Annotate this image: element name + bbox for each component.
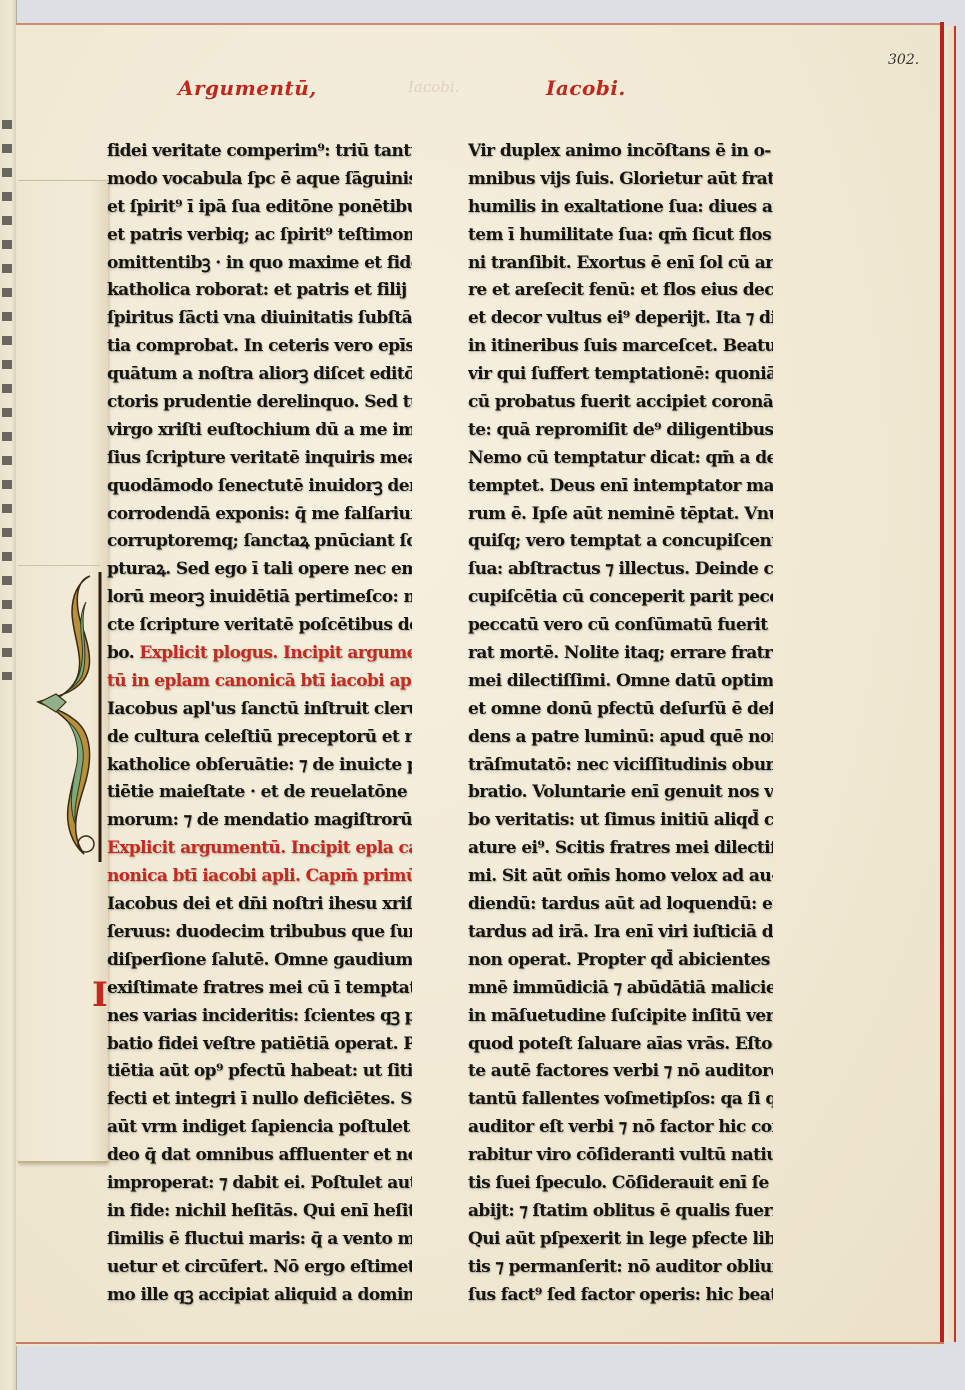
- text-line: morum: ⁊ de mendatio magiſtrorū.: [107, 807, 412, 835]
- body-text: Iacobus apl'us ſanctū inſtruit clerum: [107, 699, 412, 719]
- text-line: pturaꝝ. Sed ego ī tali opere nec emu-: [107, 556, 412, 584]
- text-line: mo ille qꝫ accipiat aliquid a domino.: [107, 1282, 412, 1310]
- text-line: exiſtimate fratres mei cū ī temptatio-: [107, 975, 412, 1003]
- body-text: dens a patre luminū: apud quē non ē: [468, 727, 773, 747]
- body-text: in fide: nichil heſitās. Qui enī heſitat: [107, 1201, 412, 1221]
- body-text: aūt vrm indiget ſapiencia poſtulet a: [107, 1117, 412, 1137]
- text-line: Qui aūt pſpexerit in lege pfecte liberta…: [468, 1226, 773, 1254]
- body-text: tantū fallentes voſmetipſos: qa ſi quiſ: [468, 1089, 773, 1109]
- body-text: katholica roborat: et patris et filij et: [107, 280, 412, 300]
- rubric-text: nonica btī iacobi apli. Capm̄ primū.: [107, 866, 412, 886]
- body-text: non operat. Propter qd̄ abicientes o-: [468, 950, 773, 970]
- body-text: cte ſcripture veritatē poſcētibus denega…: [107, 615, 412, 635]
- body-text: et patris verbiq; ac ſpirit⁹ teſtimoniū: [107, 225, 412, 245]
- body-text: mnē immūdiciā ⁊ abūdātiā malicie.: [468, 978, 773, 998]
- text-line: tem ī humilitate ſua: qm̄ ſicut flos fe-: [468, 222, 773, 250]
- text-line: katholica roborat: et patris et filij et: [107, 277, 412, 305]
- text-line: diſperſione ſalutē. Omne gaudium: [107, 947, 412, 975]
- text-line: uetur et circūfert. Nō ergo eſtimet ho-: [107, 1254, 412, 1282]
- body-text: tardus ad irā. Ira enī viri iuſticiā dei: [468, 922, 773, 942]
- body-text: et ſpirit⁹ ī ipā ſua editōne ponētibus:: [107, 197, 412, 217]
- running-head-ghost: Iacobi.: [408, 78, 459, 96]
- page-number: 302.: [888, 52, 919, 68]
- text-line: ni tranſibit. Exortus ē enī ſol cū ardo-: [468, 250, 773, 278]
- body-text: de cultura celeſtiū preceptorū et regula: [107, 727, 412, 747]
- rubric-text: tū in eplam canonicā btī iacobi apli.: [107, 671, 412, 691]
- body-text: peccatū vero cū conſūmatū fuerit gene-: [468, 615, 773, 635]
- text-line: tantū fallentes voſmetipſos: qa ſi quiſ: [468, 1086, 773, 1114]
- text-line: temptet. Deus enī intemptator malo-: [468, 473, 773, 501]
- body-text: virgo xriſti euſtochium dū a me impē-: [107, 420, 412, 440]
- body-text: humilis in exaltatione ſua: diues au-: [468, 197, 773, 217]
- text-line: deo q̄ dat omnibus affluenter et non: [107, 1142, 412, 1170]
- previous-page-edge: [0, 0, 17, 1390]
- text-line: in fide: nichil heſitās. Qui enī heſitat: [107, 1198, 412, 1226]
- drop-initial-red: I: [92, 975, 108, 1015]
- text-line: nes varias incideritis: ſcientes qꝫ pro-: [107, 1003, 412, 1031]
- text-line: Iacobus dei et dn̄i noſtri ihesu xriſti: [107, 891, 412, 919]
- body-text: cū probatus fuerit accipiet coronā vi-: [468, 392, 773, 412]
- text-line: ſeruus: duodecim tribubus que ſunt ī: [107, 919, 412, 947]
- text-line: Iacobus apl'us ſanctū inſtruit clerum: [107, 696, 412, 724]
- body-text: te: quā repromiſit de⁹ diligentibus ſe.: [468, 420, 773, 440]
- text-line: in māſuetudine ſuſcipite inſitū verbū:: [468, 1003, 773, 1031]
- body-text: re et areſecit fenū: et flos eius decidi…: [468, 280, 773, 300]
- body-text: ſpiritus ſācti vna diuinitatis ſubſtā-: [107, 308, 412, 328]
- text-line: de cultura celeſtiū preceptorū et regula: [107, 724, 412, 752]
- text-line: peccatū vero cū conſūmatū fuerit gene-: [468, 612, 773, 640]
- body-text: Iacobus dei et dn̄i noſtri ihesu xriſti: [107, 894, 412, 914]
- text-line: corruptoremq; ſanctaꝝ pnūciant ſcri-: [107, 528, 412, 556]
- body-text: tem ī humilitate ſua: qm̄ ſicut flos fe-: [468, 225, 773, 245]
- body-text: Qui aūt pſpexerit in lege pfecte liberta…: [468, 1229, 773, 1249]
- text-line: tia comprobat. In ceteris vero epīs: [107, 333, 412, 361]
- text-line: auditor eſt verbi ⁊ nō factor hic compa-: [468, 1114, 773, 1142]
- body-text: tiētie maieſtate · et de reuelatōne plur…: [107, 782, 412, 802]
- page-edge-outer: [944, 26, 956, 1342]
- text-line: et decor vultus ei⁹ deperijt. Ita ⁊ diue…: [468, 305, 773, 333]
- text-line: ſua: abſtractus ⁊ illectus. Deinde con-: [468, 556, 773, 584]
- text-line: abijt: ⁊ ſtatim oblitus ē qualis fuerit.: [468, 1198, 773, 1226]
- text-line: fidei veritate comperim⁹: triū tantum-: [107, 138, 412, 166]
- body-text: diſperſione ſalutē. Omne gaudium: [107, 950, 412, 970]
- text-line: quātum a noſtra aliorꝫ diſcet editō: le-: [107, 361, 412, 389]
- text-line: vir qui ſuffert temptationē: quoniā: [468, 361, 773, 389]
- body-text: quodāmodo ſenectutē inuidorꝫ dentibꝫ: [107, 476, 412, 496]
- body-text: corrodendā exponis: q̄ me falſarium: [107, 504, 412, 524]
- text-line: cupiſcētia cū conceperit parit peccatū:: [468, 584, 773, 612]
- body-text: tiētia aūt op⁹ pfectū habeat: ut ſitis p…: [107, 1061, 412, 1081]
- body-text: improperat: ⁊ dabit ei. Poſtulet autē: [107, 1173, 412, 1193]
- body-text: mnibus vijs ſuis. Glorietur aūt frater: [468, 169, 773, 189]
- body-text: fecti et integri ī nullo deficiētes. Si …: [107, 1089, 412, 1109]
- body-text: Vir duplex animo incōſtans ē in o-: [468, 141, 771, 161]
- body-text: mei dilectiſſimi. Omne datū optimū: [468, 671, 773, 691]
- body-text: te autē factores verbi ⁊ nō auditores: [468, 1061, 773, 1081]
- text-line: ſimilis ē fluctui maris: q̄ a vento mo-: [107, 1226, 412, 1254]
- body-text: uetur et circūfert. Nō ergo eſtimet ho-: [107, 1257, 412, 1277]
- body-text: morum: ⁊ de mendatio magiſtrorū.: [107, 810, 412, 830]
- text-line: mi. Sit aūt om̄is homo velox ad au-: [468, 863, 773, 891]
- text-line: et omne donū pfectū deſurſū ē deſcen-: [468, 696, 773, 724]
- body-text: temptet. Deus enī intemptator malo-: [468, 476, 773, 496]
- text-line: ature ei⁹. Scitis fratres mei dilectiſſi…: [468, 835, 773, 863]
- body-text: pturaꝝ. Sed ego ī tali opere nec emu-: [107, 559, 412, 579]
- body-text: deo q̄ dat omnibus affluenter et non: [107, 1145, 412, 1165]
- body-text: mi. Sit aūt om̄is homo velox ad au-: [468, 866, 773, 886]
- body-text: in itineribus ſuis marceſcet. Beatus: [468, 336, 773, 356]
- body-text: tis ⁊ permanſerit: nō auditor obliuio-: [468, 1257, 773, 1277]
- text-line: quodāmodo ſenectutē inuidorꝫ dentibꝫ: [107, 473, 412, 501]
- text-line: te: quā repromiſit de⁹ diligentibus ſe.: [468, 417, 773, 445]
- text-line: tū in eplam canonicā btī iacobi apli.: [107, 668, 412, 696]
- body-text: lorū meorꝫ inuidētiā pertimeſco: nec ſan…: [107, 587, 412, 607]
- body-text: corruptoremq; ſanctaꝝ pnūciant ſcri-: [107, 531, 412, 551]
- body-text: rabitur viro cōſideranti vultū natiuita-: [468, 1145, 773, 1165]
- body-text: ature ei⁹. Scitis fratres mei dilectiſſi…: [468, 838, 773, 858]
- text-line: tis ſuei ſpeculo. Cōſiderauit enī ſe et: [468, 1170, 773, 1198]
- text-line: trāſmutatō: nec viciſſitudinis obum-: [468, 752, 773, 780]
- body-text: nes varias incideritis: ſcientes qꝫ pro-: [107, 1006, 412, 1026]
- text-line: fecti et integri ī nullo deficiētes. Si …: [107, 1086, 412, 1114]
- body-text: ſua: abſtractus ⁊ illectus. Deinde con-: [468, 559, 773, 579]
- page-edge-bottom: [16, 1342, 944, 1344]
- text-line: cū probatus fuerit accipiet coronā vi-: [468, 389, 773, 417]
- text-line: ſpiritus ſācti vna diuinitatis ſubſtā-: [107, 305, 412, 333]
- text-line: tardus ad irā. Ira enī viri iuſticiā dei: [468, 919, 773, 947]
- running-head-left: Argumentū,: [178, 76, 317, 100]
- running-head-right: Iacobi.: [546, 76, 626, 100]
- previous-page-text-fragment: [2, 120, 12, 680]
- body-text: in māſuetudine ſuſcipite inſitū verbū:: [468, 1006, 773, 1026]
- text-line: quiſq; vero temptat a concupiſcentia: [468, 528, 773, 556]
- body-text: batio fidei veſtre patiētiā operat. Pa-: [107, 1034, 412, 1054]
- text-line: mnibus vijs ſuis. Glorietur aūt frater: [468, 166, 773, 194]
- text-line: et patris verbiq; ac ſpirit⁹ teſtimoniū: [107, 222, 412, 250]
- body-text: auditor eſt verbi ⁊ nō factor hic compa-: [468, 1117, 773, 1137]
- text-line: Explicit argumentū. Incipit epla ca: [107, 835, 412, 863]
- text-line: rabitur viro cōſideranti vultū natiuita-: [468, 1142, 773, 1170]
- body-text: ſus fact⁹ ſed factor operis: hic beatus: [468, 1285, 773, 1305]
- body-text: bratio. Voluntarie enī genuit nos ver-: [468, 782, 773, 802]
- text-line: lorū meorꝫ inuidētiā pertimeſco: nec ſan…: [107, 584, 412, 612]
- text-line: katholice obſeruātie: ⁊ de inuicte pa-: [107, 752, 412, 780]
- body-text: bo veritatis: ut ſimus initiū aliqd̄ cre…: [468, 810, 773, 830]
- body-text: tia comprobat. In ceteris vero epīs: [107, 336, 412, 356]
- text-line: tiētia aūt op⁹ pfectū habeat: ut ſitis p…: [107, 1058, 412, 1086]
- text-line: modo vocabula ſpc ē aque ſāguinis: [107, 166, 412, 194]
- text-line: dens a patre luminū: apud quē non ē: [468, 724, 773, 752]
- body-text: abijt: ⁊ ſtatim oblitus ē qualis fuerit.: [468, 1201, 773, 1221]
- text-line: non operat. Propter qd̄ abicientes o-: [468, 947, 773, 975]
- text-line: rum ē. Ipſe aūt neminē tēptat. Vnuſ-: [468, 501, 773, 529]
- body-text: ſius ſcripture veritatē inquiris meam: [107, 448, 412, 468]
- rubric-text: Explicit argumentū. Incipit epla ca: [107, 838, 412, 858]
- body-text: vir qui ſuffert temptationē: quoniā: [468, 364, 773, 384]
- body-text: katholice obſeruātie: ⁊ de inuicte pa-: [107, 755, 412, 775]
- text-line: bo veritatis: ut ſimus initiū aliqd̄ cre…: [468, 807, 773, 835]
- body-text: Nemo cū temptatur dicat: qm̄ a deo: [468, 448, 773, 468]
- body-text: cupiſcētia cū conceperit parit peccatū:: [468, 587, 773, 607]
- text-line: et ſpirit⁹ ī ipā ſua editōne ponētibus:: [107, 194, 412, 222]
- text-line: tis ⁊ permanſerit: nō auditor obliuio-: [468, 1254, 773, 1282]
- body-text: diendū: tardus aūt ad loquendū: et: [468, 894, 773, 914]
- body-text: exiſtimate fratres mei cū ī temptatio-: [107, 978, 412, 998]
- text-line: quod poteſt ſaluare aīas vrās. Eſto-: [468, 1031, 773, 1059]
- rubric-text: Explicit plogus. Incipit argumen: [134, 643, 412, 663]
- body-text: ſeruus: duodecim tribubus que ſunt ī: [107, 922, 412, 942]
- text-line: re et areſecit fenū: et flos eius decidi…: [468, 277, 773, 305]
- text-line: ſus fact⁹ ſed factor operis: hic beatus: [468, 1282, 773, 1310]
- text-line: tiētie maieſtate · et de reuelatōne plur…: [107, 779, 412, 807]
- text-line: ctoris prudentie derelinquo. Sed tu: [107, 389, 412, 417]
- text-line: cte ſcripture veritatē poſcētibus denega…: [107, 612, 412, 640]
- text-line: batio fidei veſtre patiētiā operat. Pa-: [107, 1031, 412, 1059]
- text-line: bo. Explicit plogus. Incipit argumen: [107, 640, 412, 668]
- body-text: ctoris prudentie derelinquo. Sed tu: [107, 392, 412, 412]
- text-line: mnē immūdiciā ⁊ abūdātiā malicie.: [468, 975, 773, 1003]
- left-text-column: fidei veritate comperim⁹: triū tantum-mo…: [107, 138, 412, 1309]
- body-text: trāſmutatō: nec viciſſitudinis obum-: [468, 755, 773, 775]
- text-line: ſius ſcripture veritatē inquiris meam: [107, 445, 412, 473]
- text-line: mei dilectiſſimi. Omne datū optimū: [468, 668, 773, 696]
- text-line: corrodendā exponis: q̄ me falſarium: [107, 501, 412, 529]
- right-text-column: Vir duplex animo incōſtans ē in o-mnibus…: [468, 138, 773, 1309]
- body-text: quātum a noſtra aliorꝫ diſcet editō: le-: [107, 364, 412, 384]
- body-text: ſimilis ē fluctui maris: q̄ a vento mo-: [107, 1229, 412, 1249]
- text-line: in itineribus ſuis marceſcet. Beatus: [468, 333, 773, 361]
- text-line: Nemo cū temptatur dicat: qm̄ a deo: [468, 445, 773, 473]
- body-text: rum ē. Ipſe aūt neminē tēptat. Vnuſ-: [468, 504, 773, 524]
- body-text: et decor vultus ei⁹ deperijt. Ita ⁊ diue…: [468, 308, 773, 328]
- body-text: omittentibꝫ · in quo maxime et fides: [107, 253, 412, 273]
- text-line: humilis in exaltatione ſua: diues au-: [468, 194, 773, 222]
- body-text: mo ille qꝫ accipiat aliquid a domino.: [107, 1285, 412, 1305]
- body-text: quiſq; vero temptat a concupiſcentia: [468, 531, 773, 551]
- text-line: nonica btī iacobi apli. Capm̄ primū.: [107, 863, 412, 891]
- illuminated-initial-icon: [32, 572, 104, 862]
- body-text: quod poteſt ſaluare aīas vrās. Eſto-: [468, 1034, 773, 1054]
- text-line: diendū: tardus aūt ad loquendū: et: [468, 891, 773, 919]
- body-text: fidei veritate comperim⁹: triū tantum-: [107, 141, 412, 161]
- body-text: ni tranſibit. Exortus ē enī ſol cū ardo-: [468, 253, 773, 273]
- text-line: improperat: ⁊ dabit ei. Poſtulet autē: [107, 1170, 412, 1198]
- body-text: modo vocabula ſpc ē aque ſāguinis: [107, 169, 412, 189]
- text-line: bratio. Voluntarie enī genuit nos ver-: [468, 779, 773, 807]
- text-line: virgo xriſti euſtochium dū a me impē-: [107, 417, 412, 445]
- body-text: et omne donū pfectū deſurſū ē deſcen-: [468, 699, 773, 719]
- text-line: Vir duplex animo incōſtans ē in o-: [468, 138, 773, 166]
- body-text: rat mortē. Nolite itaq; errare fratres: [468, 643, 773, 663]
- body-text: tis ſuei ſpeculo. Cōſiderauit enī ſe et: [468, 1173, 773, 1193]
- text-line: omittentibꝫ · in quo maxime et fides: [107, 250, 412, 278]
- body-text: bo.: [107, 643, 134, 663]
- text-line: aūt vrm indiget ſapiencia poſtulet a: [107, 1114, 412, 1142]
- text-line: rat mortē. Nolite itaq; errare fratres: [468, 640, 773, 668]
- text-line: te autē factores verbi ⁊ nō auditores: [468, 1058, 773, 1086]
